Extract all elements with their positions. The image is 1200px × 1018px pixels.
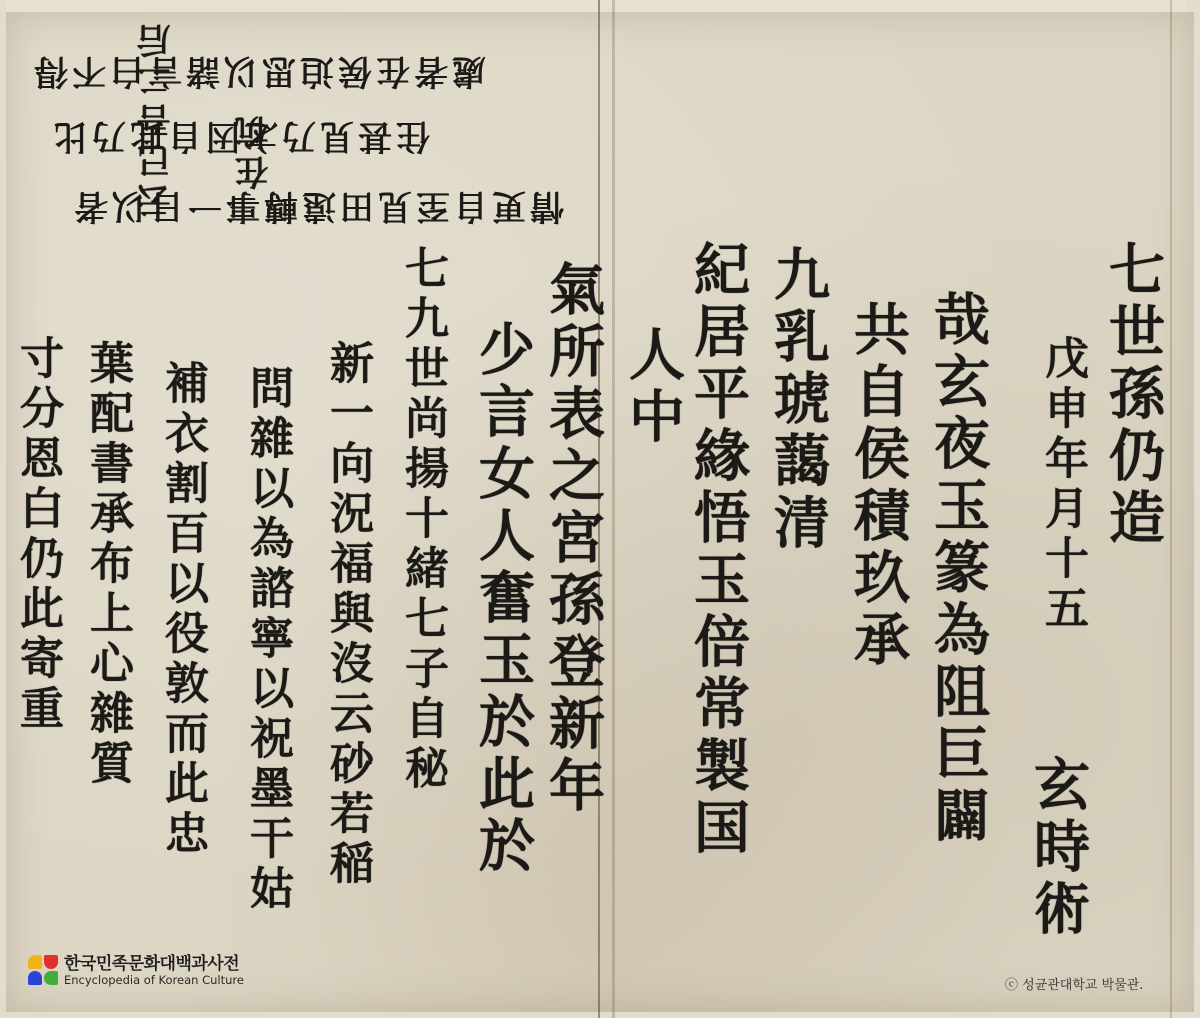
postscript-line: 在杭: [238, 110, 272, 190]
right-margin-line: [1170, 0, 1172, 1018]
calligraphy-column: 問雜以為諮寧以祝墨干姑: [245, 365, 289, 915]
mount-top-edge: [0, 0, 1200, 12]
calligraphy-column: 七世孫仍造: [1105, 240, 1161, 550]
page-fold-shadow: [612, 0, 615, 1018]
calligraphy-column: 氣所表之宮孫登新年: [545, 260, 601, 818]
calligraphy-column: 共自侯積玖承: [850, 300, 906, 672]
calligraphy-column: 九乳琥藹清: [770, 245, 826, 555]
postscript-line: 云已吾二后: [140, 18, 174, 218]
calligraphy-column: 玄時術: [1030, 755, 1086, 941]
calligraphy-column: 葉配書承布上心雜質: [85, 340, 129, 790]
calligraphy-column: 哉玄夜玉篆為阻巨闢: [930, 290, 986, 848]
postscript-line: 處者在侯迫思以諸言白不得: [30, 50, 486, 99]
encyclopedia-watermark: 한국민족문화대백과사전 Encyclopedia of Korean Cultu…: [28, 955, 244, 987]
calligraphy-column: 寸分恩白仍此寄重: [15, 335, 59, 735]
encyclopedia-logo-icon: [28, 955, 60, 987]
watermark-title-korean: 한국민족문화대백과사전: [64, 956, 244, 973]
copyright-credit: ⓒ 성균관대학교 박물관.: [1005, 974, 1143, 993]
calligraphy-column: 紀居平緣悟玉倍常製国: [690, 240, 746, 860]
calligraphy-column: 戊申年月十五: [1040, 335, 1084, 635]
postscript-block: 處者在侯迫思以諸言白不得 住甚見乃之因自此乃比 情更自至見田遠轉事一日以者: [10, 20, 595, 250]
calligraphy-column: 人中: [625, 325, 681, 449]
watermark-title-english: Encyclopedia of Korean Culture: [64, 975, 244, 987]
calligraphy-column: 少言女人奮玉於此於: [475, 320, 531, 878]
calligraphy-column: 新一向況福與沒云砂若稲: [325, 340, 369, 890]
calligraphy-column: 補衣割百以役敦而此忠: [160, 360, 204, 860]
calligraphy-column: 七九世尚揚十緒七子自秘: [400, 245, 444, 795]
